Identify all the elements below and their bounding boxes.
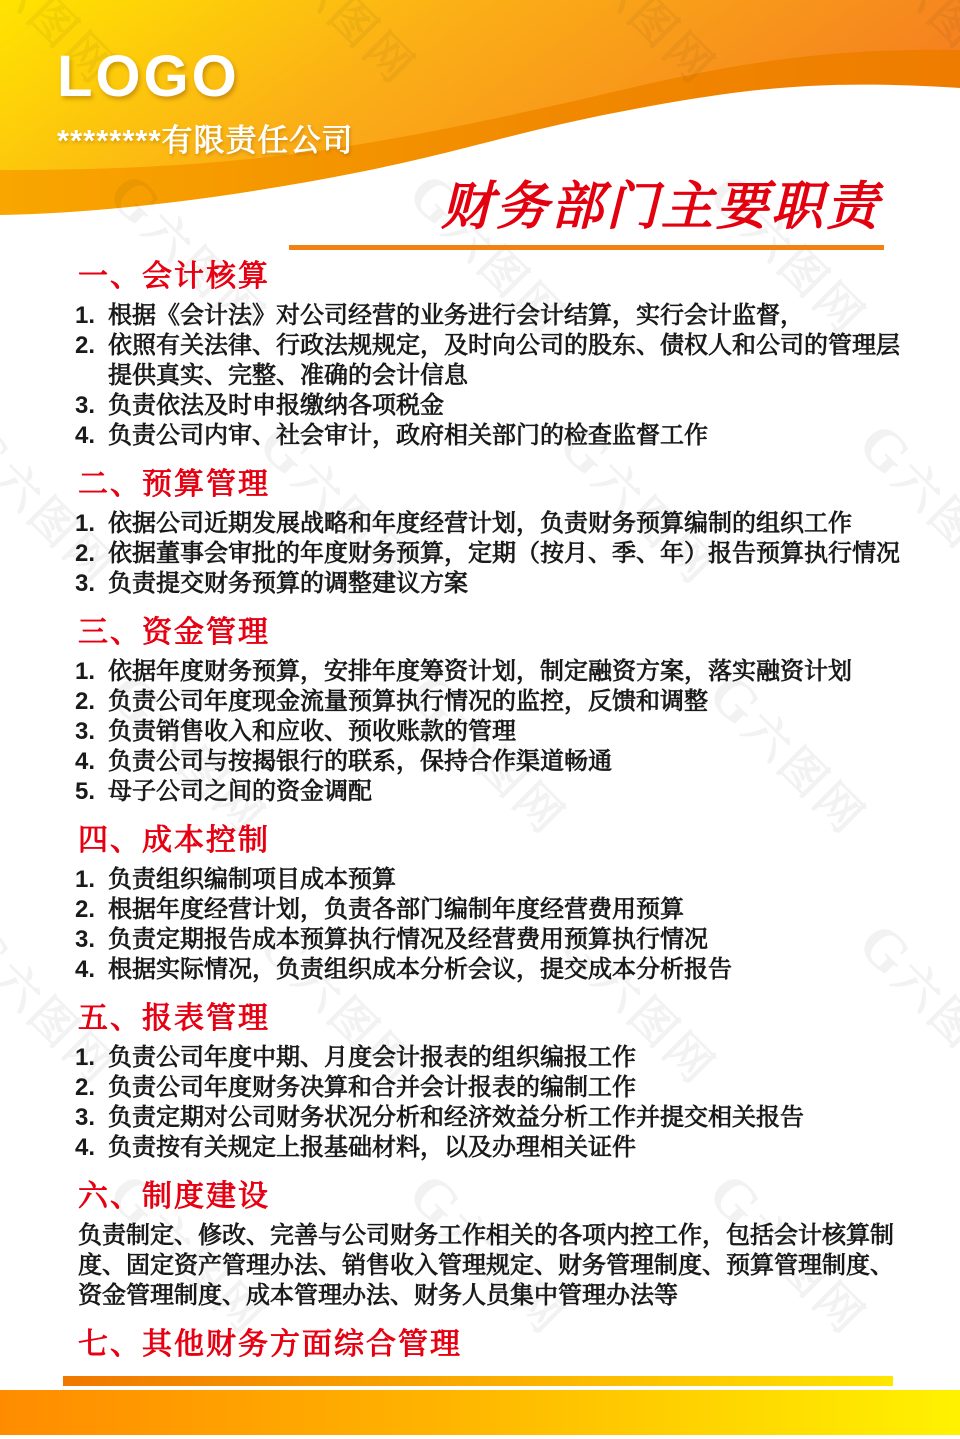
section-heading: 五、报表管理 [78,1002,908,1036]
item-text: 根据《会计法》对公司经营的业务进行会计结算，实行会计监督， [108,301,908,331]
list-item: 5.母子公司之间的资金调配 [75,777,908,807]
list-item: 3.负责定期对公司财务状况分析和经济效益分析工作并提交相关报告 [75,1103,908,1133]
footer-bar-big [0,1390,960,1435]
list-item: 1.负责组织编制项目成本预算 [75,865,908,895]
item-number: 5. [75,777,108,807]
item-text: 负责公司年度财务决算和合并会计报表的编制工作 [108,1073,908,1103]
footer-bar-thin [63,1376,893,1386]
list-item: 3.负责依法及时申报缴纳各项税金 [75,391,908,421]
item-number: 4. [75,955,108,985]
item-number: 2. [75,539,108,569]
item-text: 依照有关法律、行政法规规定，及时向公司的股东、债权人和公司的管理层提供真实、完整… [108,331,908,391]
item-text: 母子公司之间的资金调配 [108,777,908,807]
list-item: 2.负责公司年度现金流量预算执行情况的监控，反馈和调整 [75,687,908,717]
item-number: 2. [75,895,108,925]
item-text: 负责按有关规定上报基础材料，以及办理相关证件 [108,1133,908,1163]
section: 七、其他财务方面综合管理 [75,1328,908,1362]
item-number: 3. [75,717,108,747]
section: 一、会计核算1.根据《会计法》对公司经营的业务进行会计结算，实行会计监督，2.依… [75,260,908,451]
section: 二、预算管理1.依据公司近期发展战略和年度经营计划，负责财务预算编制的组织工作2… [75,468,908,599]
item-text: 负责定期对公司财务状况分析和经济效益分析工作并提交相关报告 [108,1103,908,1133]
list-item: 4.负责按有关规定上报基础材料，以及办理相关证件 [75,1133,908,1163]
item-text: 负责提交财务预算的调整建议方案 [108,569,908,599]
poster-page: LOGO ********有限责任公司 财务部门主要职责 一、会计核算1.根据《… [0,0,960,1439]
watermark-g-glyph: G [0,410,27,491]
section: 三、资金管理1.依据年度财务预算，安排年度筹资计划，制定融资方案，落实融资计划2… [75,616,908,807]
item-number: 3. [75,569,108,599]
list-item: 2.负责公司年度财务决算和合并会计报表的编制工作 [75,1073,908,1103]
item-text: 负责公司与按揭银行的联系，保持合作渠道畅通 [108,747,908,777]
item-number: 4. [75,421,108,451]
content: 一、会计核算1.根据《会计法》对公司经营的业务进行会计结算，实行会计监督，2.依… [75,260,908,1369]
watermark-g-glyph: G [0,910,27,991]
list-item: 1.依据年度财务预算，安排年度筹资计划，制定融资方案，落实融资计划 [75,657,908,687]
item-number: 3. [75,391,108,421]
item-number: 1. [75,865,108,895]
section-heading: 二、预算管理 [78,468,908,502]
list-item: 2.依据董事会审批的年度财务预算，定期（按月、季、年）报告预算执行情况 [75,539,908,569]
item-number: 1. [75,509,108,539]
logo-block: LOGO ********有限责任公司 [57,48,354,160]
list-item: 4.负责公司与按揭银行的联系，保持合作渠道畅通 [75,747,908,777]
item-text: 依据董事会审批的年度财务预算，定期（按月、季、年）报告预算执行情况 [108,539,908,569]
item-text: 负责公司年度现金流量预算执行情况的监控，反馈和调整 [108,687,908,717]
section: 四、成本控制1.负责组织编制项目成本预算2.根据年度经营计划，负责各部门编制年度… [75,824,908,985]
item-number: 4. [75,747,108,777]
list-item: 1.负责公司年度中期、月度会计报表的组织编报工作 [75,1043,908,1073]
company-name: ********有限责任公司 [57,115,354,160]
title-underline [289,245,884,250]
section-heading: 六、制度建设 [78,1180,908,1214]
item-number: 2. [75,687,108,717]
list-item: 3.负责定期报告成本预算执行情况及经营费用预算执行情况 [75,925,908,955]
list-item: 2.根据年度经营计划，负责各部门编制年度经营费用预算 [75,895,908,925]
item-text: 负责公司内审、社会审计，政府相关部门的检查监督工作 [108,421,908,451]
item-text: 负责公司年度中期、月度会计报表的组织编报工作 [108,1043,908,1073]
item-number: 3. [75,1103,108,1133]
list-item: 3.负责销售收入和应收、预收账款的管理 [75,717,908,747]
item-text: 依据年度财务预算，安排年度筹资计划，制定融资方案，落实融资计划 [108,657,908,687]
logo-text: LOGO [57,48,354,106]
list-item: 1.根据《会计法》对公司经营的业务进行会计结算，实行会计监督， [75,301,908,331]
section-heading: 一、会计核算 [78,260,908,294]
item-text: 负责销售收入和应收、预收账款的管理 [108,717,908,747]
item-number: 1. [75,657,108,687]
section-heading: 七、其他财务方面综合管理 [78,1328,908,1362]
list-item: 4.负责公司内审、社会审计，政府相关部门的检查监督工作 [75,421,908,451]
item-number: 2. [75,1073,108,1103]
item-text: 根据实际情况，负责组织成本分析会议，提交成本分析报告 [108,955,908,985]
section-paragraph: 负责制定、修改、完善与公司财务工作相关的各项内控工作，包括会计核算制度、固定资产… [78,1221,908,1311]
section-heading: 四、成本控制 [78,824,908,858]
list-item: 4.根据实际情况，负责组织成本分析会议，提交成本分析报告 [75,955,908,985]
list-item: 2.依照有关法律、行政法规规定，及时向公司的股东、债权人和公司的管理层提供真实、… [75,331,908,391]
item-text: 依据公司近期发展战略和年度经营计划，负责财务预算编制的组织工作 [108,509,908,539]
section-heading: 三、资金管理 [78,616,908,650]
section: 六、制度建设负责制定、修改、完善与公司财务工作相关的各项内控工作，包括会计核算制… [75,1180,908,1311]
item-number: 1. [75,301,108,331]
item-text: 负责依法及时申报缴纳各项税金 [108,391,908,421]
list-item: 3.负责提交财务预算的调整建议方案 [75,569,908,599]
item-number: 3. [75,925,108,955]
section: 五、报表管理1.负责公司年度中期、月度会计报表的组织编报工作2.负责公司年度财务… [75,1002,908,1163]
item-text: 根据年度经营计划，负责各部门编制年度经营费用预算 [108,895,908,925]
list-item: 1.依据公司近期发展战略和年度经营计划，负责财务预算编制的组织工作 [75,509,908,539]
item-text: 负责组织编制项目成本预算 [108,865,908,895]
item-number: 1. [75,1043,108,1073]
item-number: 2. [75,331,108,391]
page-title: 财务部门主要职责 [441,181,881,236]
item-number: 4. [75,1133,108,1163]
item-text: 负责定期报告成本预算执行情况及经营费用预算执行情况 [108,925,908,955]
